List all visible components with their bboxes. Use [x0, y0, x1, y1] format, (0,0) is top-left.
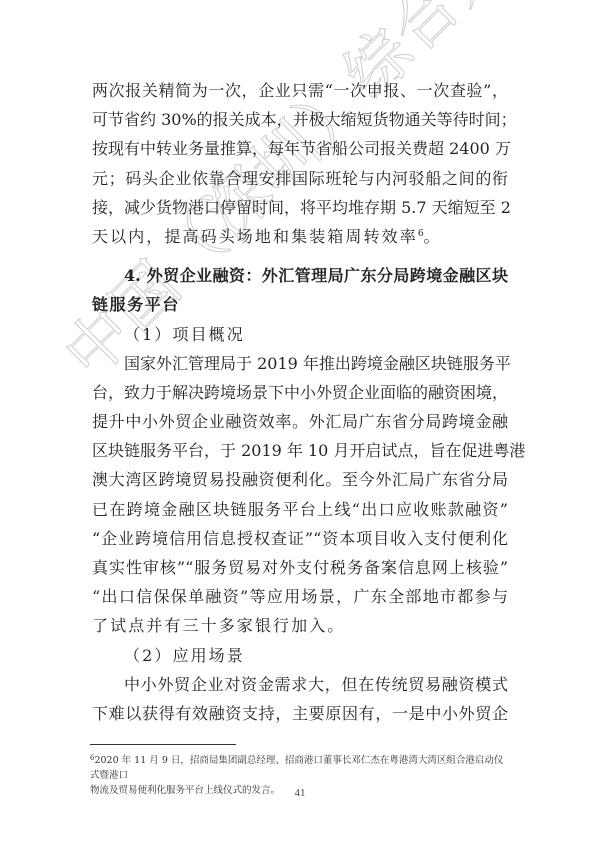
paragraph-line: 澳大湾区跨境贸易投融资便利化。至今外汇局广东省分局	[92, 465, 508, 494]
paragraph-line-last: 了试点并有三十多家银行加入。	[92, 611, 508, 640]
paragraph-line: “出口信保保单融资”等应用场景，广东全部地市都参与	[92, 582, 508, 611]
paragraph-line: “企业跨境信用信息授权查证”“资本项目收入支付便利化	[92, 524, 508, 553]
paragraph-line: 两次报关精简为一次，企业只需“一次申报、一次查验”，	[92, 76, 508, 105]
paragraph-line: 国家外汇管理局于 2019 年推出跨境金融区块链服务平	[92, 349, 508, 378]
section-heading-cont: 链服务平台	[92, 290, 508, 319]
subheading-scenarios: （2）应用场景	[92, 641, 508, 670]
paragraph-line: 可节省约 30%的报关成本，并极大缩短货物通关等待时间；	[92, 105, 508, 134]
paragraph-line: 区块链服务平台，于 2019 年 10 月开启试点，旨在促进粤港	[92, 436, 508, 465]
document-page: 中国（深圳）综合开发研究院 两次报关精简为一次，企业只需“一次申报、一次查验”，…	[0, 0, 600, 848]
section-heading: 4. 外贸企业融资：外汇管理局广东分局跨境金融区块	[92, 261, 508, 290]
footnote-line: 62020 年 11 月 9 日，招商局集团副总经理、招商港口董事长邓仁杰在粤港…	[90, 753, 510, 783]
page-number: 41	[0, 787, 600, 799]
footnote-divider	[90, 744, 236, 745]
body-text: 两次报关精简为一次，企业只需“一次申报、一次查验”， 可节省约 30%的报关成本…	[92, 76, 508, 728]
paragraph-line-last: 天以内，提高码头场地和集装箱周转效率6。	[92, 222, 508, 251]
paragraph-line: 提升中小外贸企业融资效率。外汇局广东省分局跨境金融	[92, 407, 508, 436]
subheading-overview: （1）项目概况	[92, 320, 508, 349]
paragraph-line: 中小外贸企业对资金需求大，但在传统贸易融资模式	[92, 670, 508, 699]
paragraph-line: 接，减少货物港口停留时间，将平均堆存期 5.7 天缩短至 2	[92, 193, 508, 222]
paragraph-line: 元；码头企业依靠合理安排国际班轮与内河驳船之间的衔	[92, 164, 508, 193]
paragraph-line: 真实性审核”“服务贸易对外支付税务备案信息网上核验”	[92, 553, 508, 582]
paragraph-line: 按现有中转业务量推算，每年节省船公司报关费超 2400 万	[92, 134, 508, 163]
paragraph-line: 台，致力于解决跨境场景下中小外贸企业面临的融资困境，	[92, 378, 508, 407]
paragraph-line: 下难以获得有效融资支持，主要原因有，一是中小外贸企	[92, 699, 508, 728]
paragraph-line: 已在跨境金融区块链服务平台上线“出口应收账款融资”	[92, 495, 508, 524]
